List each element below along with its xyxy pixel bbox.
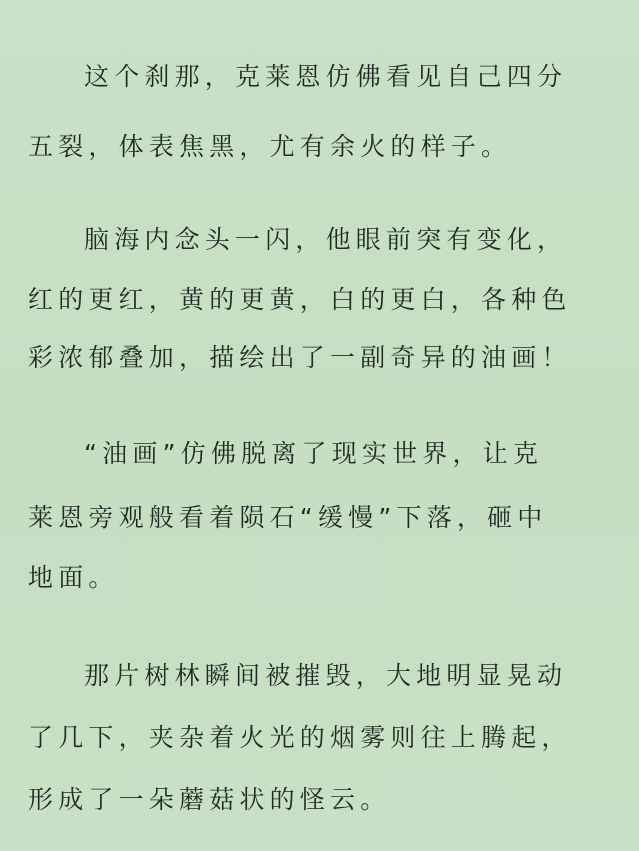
text-line: 那片树林瞬间被摧毁，大地明显晃动 bbox=[84, 656, 639, 696]
text-line: 地面。 bbox=[28, 558, 618, 598]
text-line: 红的更红，黄的更黄，白的更白，各种色 bbox=[28, 280, 618, 320]
text-line: 莱恩旁观般看着陨石“缓慢”下落，砸中 bbox=[28, 498, 618, 538]
text-line: 彩浓郁叠加，描绘出了一副奇异的油画！ bbox=[28, 338, 618, 378]
text-line: 了几下，夹杂着火光的烟雾则往上腾起， bbox=[28, 718, 618, 758]
text-line: “油画”仿佛脱离了现实世界，让克 bbox=[84, 434, 639, 474]
text-line: 形成了一朵蘑菇状的怪云。 bbox=[28, 780, 618, 820]
document-page: 这个刹那，克莱恩仿佛看见自己四分 五裂，体表焦黑，尤有余火的样子。 脑海内念头一… bbox=[0, 0, 639, 851]
text-line: 脑海内念头一闪，他眼前突有变化， bbox=[84, 220, 639, 260]
text-line: 五裂，体表焦黑，尤有余火的样子。 bbox=[28, 127, 618, 167]
text-line: 这个刹那，克莱恩仿佛看见自己四分 bbox=[84, 57, 639, 97]
